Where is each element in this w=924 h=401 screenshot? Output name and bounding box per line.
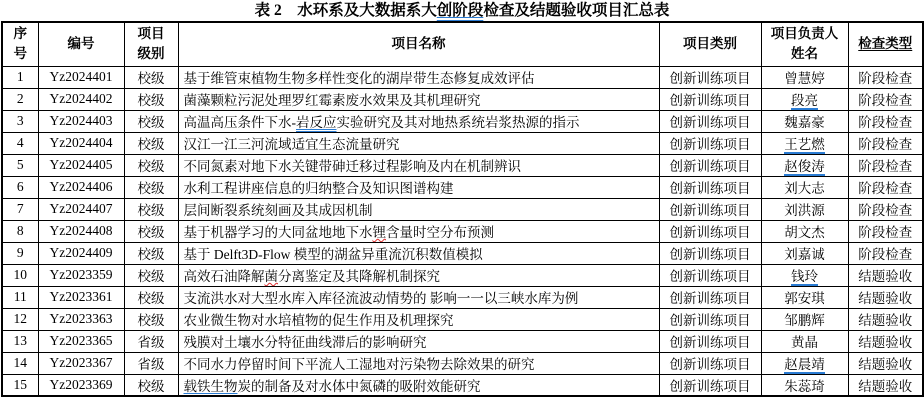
cell-category: 创新训练项目 bbox=[659, 132, 761, 154]
cell-level: 校级 bbox=[124, 154, 178, 176]
cell-category: 创新训练项目 bbox=[659, 286, 761, 308]
cell-code: Yz2023359 bbox=[38, 264, 124, 286]
column-header-index: 序号 bbox=[2, 22, 38, 66]
cell-index: 6 bbox=[2, 176, 38, 198]
cell-leader: 胡文杰 bbox=[761, 220, 848, 242]
cell-name: 支流洪水对大型水库入库径流波动情势的 影响一一以三峡水库为例 bbox=[178, 286, 659, 308]
column-header-name-text: 项目名称 bbox=[179, 34, 659, 54]
cell-name: 基于机器学习的大同盆地地下水锂含量时空分布预测 bbox=[178, 220, 659, 242]
cell-category: 创新训练项目 bbox=[659, 352, 761, 374]
cell-level: 校级 bbox=[124, 264, 178, 286]
cell-index: 13 bbox=[2, 330, 38, 352]
cell-category: 创新训练项目 bbox=[659, 330, 761, 352]
cell-check: 阶段检查 bbox=[848, 110, 923, 132]
grammar-mark: 钱玲 bbox=[791, 269, 818, 286]
cell-code: Yz2023369 bbox=[38, 374, 124, 396]
cell-level: 校级 bbox=[124, 286, 178, 308]
cell-level: 校级 bbox=[124, 176, 178, 198]
table-row: 10Yz2023359校级高效石油降解菌分离鉴定及其降解机制探究创新训练项目钱玲… bbox=[2, 264, 923, 286]
grammar-mark: 赵俊涛 bbox=[784, 159, 825, 176]
cell-check: 阶段检查 bbox=[848, 176, 923, 198]
cell-level: 校级 bbox=[124, 110, 178, 132]
cell-level: 校级 bbox=[124, 308, 178, 330]
table-row: 6Yz2024406校级水利工程讲座信息的归纳整合及知识图谱构建创新训练项目刘大… bbox=[2, 176, 923, 198]
cell-name: 基于维管束植物生物多样性变化的湖岸带生态修复成效评估 bbox=[178, 66, 659, 88]
cell-code: Yz2024402 bbox=[38, 88, 124, 110]
table-row: 11Yz2023361校级支流洪水对大型水库入库径流波动情势的 影响一一以三峡水… bbox=[2, 286, 923, 308]
cell-category: 创新训练项目 bbox=[659, 110, 761, 132]
column-header-leader-text: 项目负责人 bbox=[762, 24, 848, 44]
cell-name: 残膜对土壤水分特征曲线滞后的影响研究 bbox=[178, 330, 659, 352]
cell-category: 创新训练项目 bbox=[659, 374, 761, 396]
column-header-category: 项目类别 bbox=[659, 22, 761, 66]
cell-index: 10 bbox=[2, 264, 38, 286]
cell-name: 高温高压条件下水-岩反应实验研究及其对地热系统岩浆热源的指示 bbox=[178, 110, 659, 132]
cell-check: 阶段检查 bbox=[848, 132, 923, 154]
cell-category: 创新训练项目 bbox=[659, 242, 761, 264]
cell-category: 创新训练项目 bbox=[659, 198, 761, 220]
cell-check: 阶段检查 bbox=[848, 220, 923, 242]
table-row: 9Yz2024409校级基于 Delft3D-Flow 模型的湖盆异重流沉积数值… bbox=[2, 242, 923, 264]
table-row: 3Yz2024403校级高温高压条件下水-岩反应实验研究及其对地热系统岩浆热源的… bbox=[2, 110, 923, 132]
cell-code: Yz2023365 bbox=[38, 330, 124, 352]
cell-code: Yz2024401 bbox=[38, 66, 124, 88]
cell-category: 创新训练项目 bbox=[659, 220, 761, 242]
column-header-level: 项目级别 bbox=[124, 22, 178, 66]
column-header-code: 编号 bbox=[38, 22, 124, 66]
column-header-leader: 项目负责人姓名 bbox=[761, 22, 848, 66]
cell-leader: 段亮 bbox=[761, 88, 848, 110]
table-row: 2Yz2024402校级菌藻颗粒污泥处理罗红霉素废水效果及其机理研究创新训练项目… bbox=[2, 88, 923, 110]
cell-check: 结题验收 bbox=[848, 374, 923, 396]
table-row: 12Yz2023363校级农业微生物对水培植物的促生作用及机理探究创新训练项目邹… bbox=[2, 308, 923, 330]
cell-code: Yz2024406 bbox=[38, 176, 124, 198]
cell-code: Yz2024408 bbox=[38, 220, 124, 242]
cell-level: 省级 bbox=[124, 352, 178, 374]
cell-category: 创新训练项目 bbox=[659, 308, 761, 330]
column-header-check: 检查类型 bbox=[848, 22, 923, 66]
cell-category: 创新训练项目 bbox=[659, 154, 761, 176]
column-header-check-text: 检查类型 bbox=[849, 34, 923, 54]
cell-leader: 朱蕊琦 bbox=[761, 374, 848, 396]
cell-leader: 钱玲 bbox=[761, 264, 848, 286]
table-row: 14Yz2023367省级不同水力停留时间下平流人工湿地对污染物去除效果的研究创… bbox=[2, 352, 923, 374]
cell-index: 8 bbox=[2, 220, 38, 242]
table-row: 5Yz2024405校级不同氮素对地下水关键带砷迁移过程影响及内在机制辨识创新训… bbox=[2, 154, 923, 176]
cell-check: 阶段检查 bbox=[848, 154, 923, 176]
cell-name: 水利工程讲座信息的归纳整合及知识图谱构建 bbox=[178, 176, 659, 198]
cell-check: 结题验收 bbox=[848, 286, 923, 308]
cell-level: 校级 bbox=[124, 220, 178, 242]
column-header-leader-text: 姓名 bbox=[762, 44, 848, 64]
cell-leader: 魏嘉豪 bbox=[761, 110, 848, 132]
cell-level: 校级 bbox=[124, 242, 178, 264]
cell-index: 14 bbox=[2, 352, 38, 374]
cell-check: 结题验收 bbox=[848, 330, 923, 352]
cell-leader: 曾慧婷 bbox=[761, 66, 848, 88]
grammar-mark: 段亮 bbox=[791, 93, 818, 110]
cell-name: 层间断裂系统刻画及其成因机制 bbox=[178, 198, 659, 220]
column-header-index-text: 序 bbox=[3, 24, 38, 44]
grammar-mark: 岩反应 bbox=[296, 115, 337, 130]
table-row: 4Yz2024404校级汉江一江三河流域适宜生态流量研究创新训练项目王艺燃阶段检… bbox=[2, 132, 923, 154]
table-row: 15Yz2023369校级载铁生物炭的制备及对水体中氮磷的吸附效能研究创新训练项… bbox=[2, 374, 923, 396]
cell-level: 校级 bbox=[124, 198, 178, 220]
table-row: 13Yz2023365省级残膜对土壤水分特征曲线滞后的影响研究创新训练项目黄晶结… bbox=[2, 330, 923, 352]
cell-name: 载铁生物炭的制备及对水体中氮磷的吸附效能研究 bbox=[178, 374, 659, 396]
spellcheck-mark: 菌 bbox=[265, 269, 279, 284]
cell-index: 1 bbox=[2, 66, 38, 88]
cell-leader: 黄晶 bbox=[761, 330, 848, 352]
cell-code: Yz2024407 bbox=[38, 198, 124, 220]
cell-leader: 刘大志 bbox=[761, 176, 848, 198]
cell-category: 创新训练项目 bbox=[659, 176, 761, 198]
cell-category: 创新训练项目 bbox=[659, 88, 761, 110]
column-header-category-text: 项目类别 bbox=[660, 34, 761, 54]
grammar-mark: 赵晨靖 bbox=[784, 357, 825, 374]
cell-check: 结题验收 bbox=[848, 264, 923, 286]
cell-index: 11 bbox=[2, 286, 38, 308]
cell-leader: 刘洪源 bbox=[761, 198, 848, 220]
cell-leader: 赵俊涛 bbox=[761, 154, 848, 176]
cell-name: 农业微生物对水培植物的促生作用及机理探究 bbox=[178, 308, 659, 330]
cell-name: 不同水力停留时间下平流人工湿地对污染物去除效果的研究 bbox=[178, 352, 659, 374]
header-row: 序号编号项目级别项目名称项目类别项目负责人姓名检查类型 bbox=[2, 22, 923, 66]
cell-check: 阶段检查 bbox=[848, 198, 923, 220]
projects-summary-table: 序号编号项目级别项目名称项目类别项目负责人姓名检查类型 1Yz2024401校级… bbox=[1, 21, 924, 397]
cell-check: 阶段检查 bbox=[848, 66, 923, 88]
cell-code: Yz2024405 bbox=[38, 154, 124, 176]
cell-category: 创新训练项目 bbox=[659, 66, 761, 88]
column-header-level-text: 项目 bbox=[125, 24, 178, 44]
cell-code: Yz2024409 bbox=[38, 242, 124, 264]
cell-code: Yz2023361 bbox=[38, 286, 124, 308]
cell-index: 2 bbox=[2, 88, 38, 110]
cell-level: 校级 bbox=[124, 88, 178, 110]
cell-name: 基于 Delft3D-Flow 模型的湖盆异重流沉积数值模拟 bbox=[178, 242, 659, 264]
cell-index: 5 bbox=[2, 154, 38, 176]
cell-code: Yz2024403 bbox=[38, 110, 124, 132]
column-header-level-text: 级别 bbox=[125, 44, 178, 64]
grammar-mark: 王艺燃 bbox=[784, 137, 825, 154]
cell-level: 校级 bbox=[124, 66, 178, 88]
spellcheck-mark: 锂 bbox=[373, 225, 387, 240]
cell-name: 不同氮素对地下水关键带砷迁移过程影响及内在机制辨识 bbox=[178, 154, 659, 176]
cell-check: 结题验收 bbox=[848, 308, 923, 330]
table-row: 7Yz2024407校级层间断裂系统刻画及其成因机制创新训练项目刘洪源阶段检查 bbox=[2, 198, 923, 220]
column-header-name: 项目名称 bbox=[178, 22, 659, 66]
cell-code: Yz2023363 bbox=[38, 308, 124, 330]
cell-index: 12 bbox=[2, 308, 38, 330]
cell-check: 阶段检查 bbox=[848, 242, 923, 264]
column-header-code-text: 编号 bbox=[39, 34, 124, 54]
cell-check: 阶段检查 bbox=[848, 88, 923, 110]
cell-code: Yz2023367 bbox=[38, 352, 124, 374]
cell-code: Yz2024404 bbox=[38, 132, 124, 154]
cell-check: 结题验收 bbox=[848, 352, 923, 374]
cell-level: 校级 bbox=[124, 132, 178, 154]
cell-name: 菌藻颗粒污泥处理罗红霉素废水效果及其机理研究 bbox=[178, 88, 659, 110]
cell-index: 7 bbox=[2, 198, 38, 220]
cell-leader: 郭安琪 bbox=[761, 286, 848, 308]
cell-leader: 王艺燃 bbox=[761, 132, 848, 154]
cell-index: 3 bbox=[2, 110, 38, 132]
cell-level: 省级 bbox=[124, 330, 178, 352]
cell-index: 9 bbox=[2, 242, 38, 264]
cell-name: 高效石油降解菌分离鉴定及其降解机制探究 bbox=[178, 264, 659, 286]
cell-category: 创新训练项目 bbox=[659, 264, 761, 286]
grammar-mark: 创阶段 bbox=[437, 2, 484, 19]
column-header-index-text: 号 bbox=[3, 44, 38, 64]
cell-level: 校级 bbox=[124, 374, 178, 396]
table-title: 表 2 水环系及大数据系大创阶段检查及结题验收项目汇总表 bbox=[0, 0, 924, 21]
grammar-mark: 载铁生物 bbox=[184, 379, 238, 394]
table-row: 1Yz2024401校级基于维管束植物生物多样性变化的湖岸带生态修复成效评估创新… bbox=[2, 66, 923, 88]
cell-index: 4 bbox=[2, 132, 38, 154]
cell-leader: 赵晨靖 bbox=[761, 352, 848, 374]
table-row: 8Yz2024408校级基于机器学习的大同盆地地下水锂含量时空分布预测创新训练项… bbox=[2, 220, 923, 242]
cell-leader: 邹鹏辉 bbox=[761, 308, 848, 330]
cell-leader: 刘嘉诚 bbox=[761, 242, 848, 264]
cell-name: 汉江一江三河流域适宜生态流量研究 bbox=[178, 132, 659, 154]
cell-index: 15 bbox=[2, 374, 38, 396]
